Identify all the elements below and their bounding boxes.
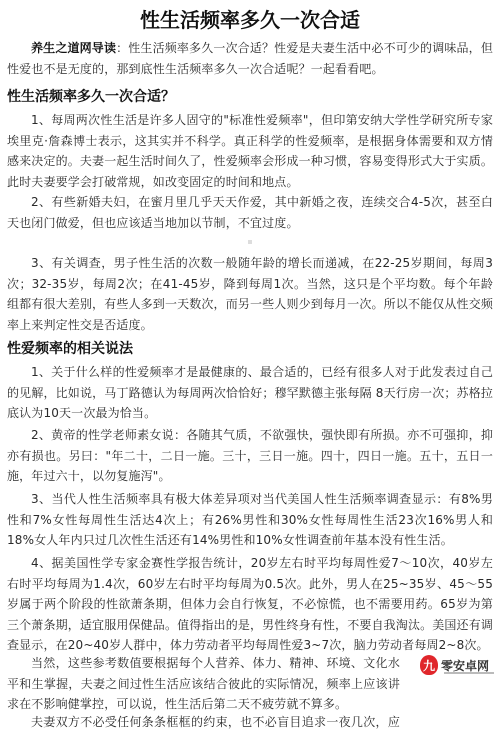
watermark-logo-icon: 九 [420,655,438,675]
separator-dot [248,240,252,244]
watermark-underline [444,672,494,674]
section2-paragraph-1: 1、关于什么样的性爱频率才是最健康的、最合适的，已经有很多人对于此发表过自己的见… [7,362,493,424]
section-heading-frequency: 性生活频率多久一次合适？ [7,86,175,106]
section1-paragraph-3: 3、有关调查，男子性生活的次数一般随年龄的增长而递减，在22-25岁期间，每周3… [7,253,493,335]
section2-paragraph-6: 夫妻双方不必受任何条条框框的约束，也不必盲目追求一夜几次，应量力而 [7,712,400,730]
lead-label: 养生之道网导读 [31,41,116,55]
section2-paragraph-5: 当然，这些参考数值要根据每个人营养、体力、精神、环境、文化水平和生掌握，夫妻之间… [7,653,400,715]
watermark-text: 零安卓网 [441,657,489,674]
section2-paragraph-3: 3、当代人性生活频率具有极大体差异项对当代美国人性生活频率调查显示：有8%男性和… [7,489,493,551]
section-heading-related: 性爱频率的相关说法 [7,338,133,358]
section2-paragraph-2: 2、黄帝的性学老师素女说：各随其气质，不欲强快，强快即有所损。亦不可强抑，抑亦有… [7,425,493,487]
lead-paragraph: 养生之道网导读：性生活频率多久一次合适？性爱是夫妻生活中必不可少的调味品，但性爱… [7,38,493,79]
article-page: 性生活频率多久一次合适 养生之道网导读：性生活频率多久一次合适？性爱是夫妻生活中… [0,0,500,730]
section1-paragraph-1: 1、每周两次性生活是许多人固守的"标准性爱频率"，但印第安纳大学性学研究所专家埃… [7,110,493,192]
section2-paragraph-4: 4、据美国性学专家金赛性学报告统计，20岁左右时平均每周性爱7～10次，40岁左… [7,553,493,656]
article-title: 性生活频率多久一次合适 [0,4,500,33]
site-watermark: 九 零安卓网 [420,650,498,680]
section1-paragraph-2: 2、有些新婚夫妇，在蜜月里几乎天天作爱，其中新婚之夜，连续交合4-5次，甚至白天… [7,192,493,233]
